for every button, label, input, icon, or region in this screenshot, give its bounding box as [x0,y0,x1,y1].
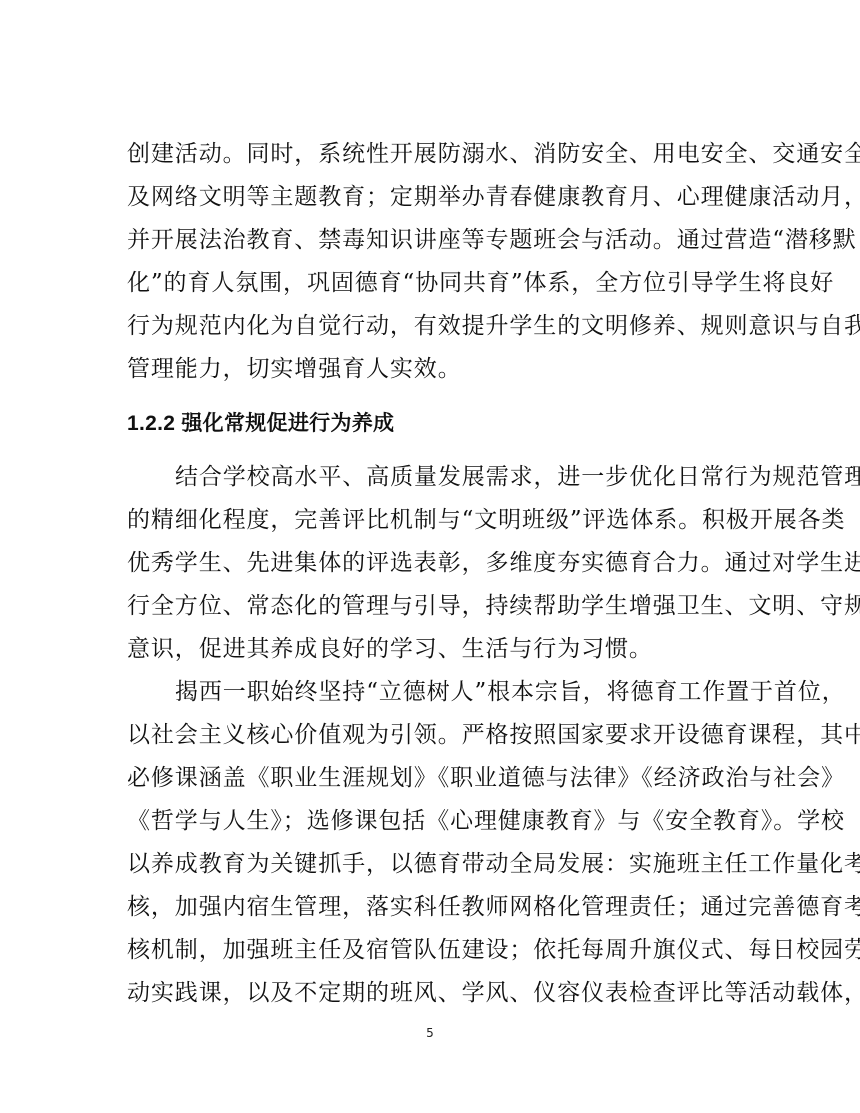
text-line: 行全方位、常态化的管理与引导，持续帮助学生增强卫生、文明、守规 [127,585,737,628]
text-line: 意识，促进其养成良好的学习、生活与行为习惯。 [127,628,737,671]
text-line: 以社会主义核心价值观为引领。严格按照国家要求开设德育课程，其中 [127,714,737,757]
text-line: 管理能力，切实增强育人实效。 [127,348,737,391]
paragraph: 结合学校高水平、高质量发展需求，进一步优化日常行为规范管理 的精细化程度，完善评… [127,456,737,671]
body-text: 创建活动。同时，系统性开展防溺水、消防安全、用电安全、交通安全 及网络文明等主题… [127,133,737,1015]
text-line: 并开展法治教育、禁毒知识讲座等专题班会与活动。通过营造“潜移默 [127,219,737,262]
text-line: 《哲学与人生》；选修课包括《心理健康教育》与《安全教育》。学校 [127,800,737,843]
text-line: 及网络文明等主题教育；定期举办青春健康教育月、心理健康活动月， [127,176,737,219]
paragraph-continued: 创建活动。同时，系统性开展防溺水、消防安全、用电安全、交通安全 及网络文明等主题… [127,133,737,391]
text-line: 创建活动。同时，系统性开展防溺水、消防安全、用电安全、交通安全 [127,133,737,176]
text-line: 核，加强内宿生管理，落实科任教师网格化管理责任；通过完善德育考 [127,886,737,929]
text-line: 揭西一职始终坚持“立德树人”根本宗旨，将德育工作置于首位， [127,671,737,714]
text-line: 的精细化程度，完善评比机制与“文明班级”评选体系。积极开展各类 [127,499,737,542]
text-line: 核机制，加强班主任及宿管队伍建设；依托每周升旗仪式、每日校园劳 [127,929,737,972]
text-line: 以养成教育为关键抓手，以德育带动全局发展：实施班主任工作量化考 [127,843,737,886]
text-line: 动实践课，以及不定期的班风、学风、仪容仪表检查评比等活动载体， [127,972,737,1015]
document-page: 创建活动。同时，系统性开展防溺水、消防安全、用电安全、交通安全 及网络文明等主题… [0,0,860,1113]
page-number: 5 [0,1026,860,1040]
text-line: 行为规范内化为自觉行动，有效提升学生的文明修养、规则意识与自我 [127,305,737,348]
section-heading: 1.2.2 强化常规促进行为养成 [127,402,737,445]
text-line: 化”的育人氛围，巩固德育“协同共育”体系，全方位引导学生将良好 [127,262,737,305]
paragraph: 揭西一职始终坚持“立德树人”根本宗旨，将德育工作置于首位， 以社会主义核心价值观… [127,671,737,1015]
text-line: 必修课涵盖《职业生涯规划》《职业道德与法律》《经济政治与社会》 [127,757,737,800]
text-line: 优秀学生、先进集体的评选表彰，多维度夯实德育合力。通过对学生进 [127,542,737,585]
text-line: 结合学校高水平、高质量发展需求，进一步优化日常行为规范管理 [127,456,737,499]
